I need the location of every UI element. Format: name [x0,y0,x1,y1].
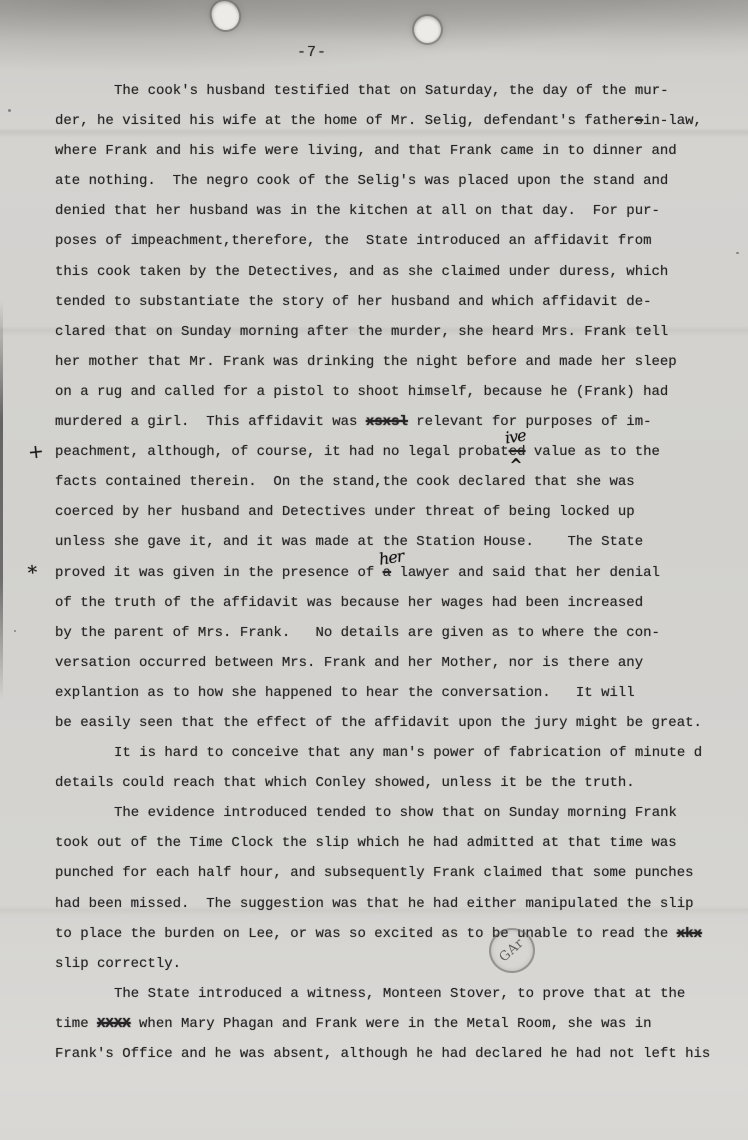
text-line: The cook's husband testified that on Sat… [55,76,740,106]
text-line: tended to substantiate the story of her … [55,287,740,317]
hole-punch-left [209,0,242,33]
struck-text: a [383,565,391,581]
archive-stamp-text: GAr [497,936,527,966]
text-segment: details could reach that which Conley sh… [55,775,635,791]
text-segment: coerced by her husband and Detectives un… [55,504,635,520]
text-segment: der, he visited his wife at the home of … [55,113,635,129]
text-segment: had been missed. The suggestion was that… [55,896,694,912]
text-segment: proved it was given in the presence of [55,565,383,581]
hole-punch-right [414,16,441,43]
text-segment: in-law, [643,113,702,129]
struck-text: xkx [677,926,702,942]
text-line: explantion as to how she happened to hea… [55,678,740,708]
page-number: -7- [297,44,327,61]
text-line: of the truth of the affidavit was becaus… [55,588,740,618]
text-segment: when Mary Phagan and Frank were in the M… [131,1016,652,1032]
text-segment: her mother that Mr. Frank was drinking t… [55,354,677,370]
struck-text: s [635,113,643,129]
paper-speck [8,109,11,112]
text-line: details could reach that which Conley sh… [55,768,740,798]
handwritten-margin-mark: + [26,436,45,468]
text-line: be easily seen that the effect of the af… [55,708,740,738]
text-line: Frank's Office and he was absent, althou… [55,1039,740,1069]
text-segment: murdered a girl. This affidavit was [55,414,366,430]
text-segment: facts contained therein. On the stand,th… [55,474,635,490]
text-line: slip correctly. [55,949,740,979]
handwritten-margin-mark: * [26,557,39,588]
text-segment: poses of impeachment,therefore, the Stat… [55,233,652,249]
scanned-document-page: -7- The cook's husband testified that on… [0,0,748,1140]
text-line: time XXXX when Mary Phagan and Frank wer… [55,1009,740,1039]
text-line: had been missed. The suggestion was that… [55,889,740,919]
paper-speck [14,630,16,632]
struck-text: ed [509,444,526,460]
text-line: der, he visited his wife at the home of … [55,106,740,136]
text-segment: this cook taken by the Detectives, and a… [55,264,668,280]
text-line: ate nothing. The negro cook of the Selig… [55,166,740,196]
text-segment: explantion as to how she happened to hea… [55,685,635,701]
text-lines: The cook's husband testified that on Sat… [55,76,740,1069]
struck-text: xsxsl [366,414,408,430]
text-line: versation occurred between Mrs. Frank an… [55,648,740,678]
text-line: clared that on Sunday morning after the … [55,317,740,347]
text-segment: lawyer and said that her denial [391,565,660,581]
text-segment: The evidence introduced tended to show t… [114,805,677,821]
text-segment: to place the burden on Lee, or was so ex… [55,926,677,942]
text-line: unless she gave it, and it was made at t… [55,527,740,557]
text-line: poses of impeachment,therefore, the Stat… [55,226,740,256]
text-line: her mother that Mr. Frank was drinking t… [55,347,740,377]
struck-text: XXXX [97,1016,131,1032]
text-line: *proved it was given in the presence of … [55,558,740,588]
text-line: to place the burden on Lee, or was so ex… [55,919,740,949]
text-segment: be easily seen that the effect of the af… [55,715,702,731]
text-segment: ate nothing. The negro cook of the Selig… [55,173,668,189]
text-segment: took out of the Time Clock the slip whic… [55,835,677,851]
text-segment: clared that on Sunday morning after the … [55,324,668,340]
text-line: took out of the Time Clock the slip whic… [55,828,740,858]
text-line: coerced by her husband and Detectives un… [55,497,740,527]
text-segment: value as to the [526,444,660,460]
text-line: It is hard to conceive that any man's po… [55,738,740,768]
text-line: on a rug and called for a pistol to shoo… [55,377,740,407]
text-segment: peachment, although, of course, it had n… [55,444,509,460]
scan-edge-artifact [0,300,3,700]
text-segment: time [55,1016,97,1032]
text-line: +peachment, although, of course, it had … [55,437,740,467]
text-line: where Frank and his wife were living, an… [55,136,740,166]
text-segment: slip correctly. [55,956,181,972]
text-segment: The cook's husband testified that on Sat… [114,83,669,99]
text-segment: Frank's Office and he was absent, althou… [55,1046,710,1062]
text-line: this cook taken by the Detectives, and a… [55,257,740,287]
text-segment: by the parent of Mrs. Frank. No details … [55,625,660,641]
text-segment: tended to substantiate the story of her … [55,294,652,310]
text-line: denied that her husband was in the kitch… [55,196,740,226]
text-segment: where Frank and his wife were living, an… [55,143,677,159]
correction-group: edive^ [509,437,526,467]
text-segment: versation occurred between Mrs. Frank an… [55,655,643,671]
text-line: punched for each half hour, and subseque… [55,858,740,888]
text-segment: unless she gave it, and it was made at t… [55,534,643,550]
text-line: murdered a girl. This affidavit was xsxs… [55,407,740,437]
text-line: facts contained therein. On the stand,th… [55,467,740,497]
text-segment: on a rug and called for a pistol to shoo… [55,384,668,400]
text-segment: relevant for purposes of im- [408,414,652,430]
text-line: The evidence introduced tended to show t… [55,798,740,828]
text-line: by the parent of Mrs. Frank. No details … [55,618,740,648]
text-segment: of the truth of the affidavit was becaus… [55,595,643,611]
text-line: The State introduced a witness, Monteen … [55,979,740,1009]
text-segment: denied that her husband was in the kitch… [55,203,660,219]
text-segment: The State introduced a witness, Monteen … [114,986,685,1002]
text-segment: punched for each half hour, and subseque… [55,865,694,881]
text-segment: It is hard to conceive that any man's po… [114,745,702,761]
correction-group: aher [383,558,391,588]
